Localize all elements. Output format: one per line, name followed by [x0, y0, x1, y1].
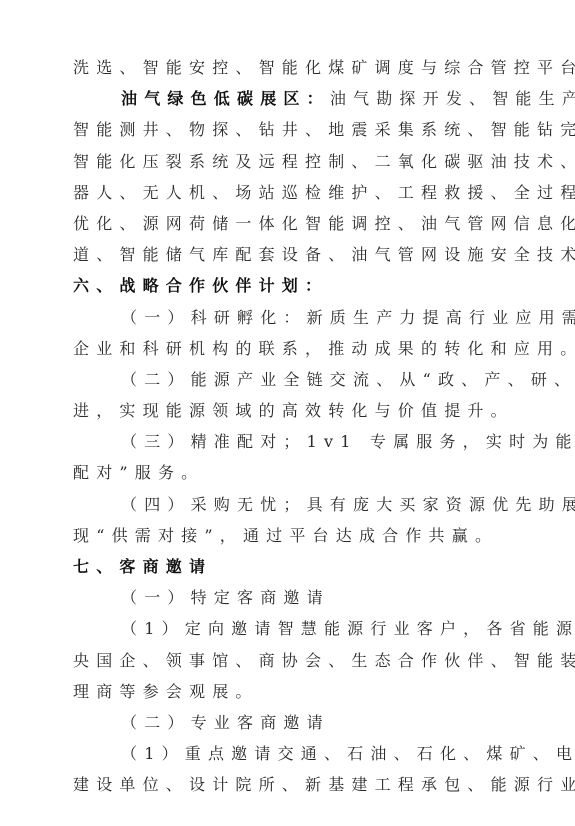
- body-line: 现“供需对接”，通过平台达成合作共赢。: [73, 520, 507, 551]
- section-heading-partnership: 六、战略合作伙伴计划：: [73, 270, 507, 301]
- body-line: 洗选、智能安控、智能化煤矿调度与综合管控平台: [73, 52, 507, 83]
- section-heading-invitation: 七、客商邀请: [73, 551, 507, 582]
- body-line: （1）定向邀请智慧能源行业客户，各省能源产业龙头企业、: [73, 613, 507, 644]
- body-line: 建设单位、设计院所、新基建工程承包、能源行业用户等单位参: [73, 769, 507, 800]
- body-line: 道、智能储气库配套设备、油气管网设施安全技术与装备: [73, 239, 507, 270]
- exhibit-zone-line: 油气绿色低碳展区：油气勘探开发、智能生产技术与装备、: [73, 83, 507, 114]
- body-line: 企业和科研机构的联系，推动成果的转化和应用。: [73, 333, 507, 364]
- body-line: 智能化压裂系统及远程控制、二氧化碳驱油技术、智能钻机、机: [73, 146, 507, 177]
- body-line: 优化、源网荷储一体化智能调控、油气管网信息化改造、智能管: [73, 208, 507, 239]
- body-line: 器人、无人机、场站巡检维护、工程救援、全过程智能联动与自动: [73, 177, 507, 208]
- subheading: （一）特定客商邀请: [73, 582, 507, 613]
- body-line: （三）精准配对；1v1 专属服务，实时为能源行业提供“商贸: [73, 426, 507, 457]
- body-line: 央国企、领事馆、商协会、生态合作伙伴、智能装备制造企业、代: [73, 645, 507, 676]
- zone-text: 油气勘探开发、智能生产技术与装备、: [330, 89, 575, 108]
- body-line: 智能测井、物探、钻井、地震采集系统、智能钻完井、智能注采、: [73, 114, 507, 145]
- body-line: 进，实现能源领域的高效转化与价值提升。: [73, 395, 507, 426]
- body-line: （二）能源产业全链交流、从“政、产、研、学、用”协同共: [73, 364, 507, 395]
- body-line: （一）科研孵化：新质生产力提高行业应用需求，加强参会: [73, 302, 507, 333]
- body-line: 配对”服务。: [73, 457, 507, 488]
- zone-label: 油气绿色低碳展区：: [121, 89, 330, 108]
- body-line: （1）重点邀请交通、石油、石化、煤矿、电建、能建等能源: [73, 738, 507, 769]
- document-page: 洗选、智能安控、智能化煤矿调度与综合管控平台 油气绿色低碳展区：油气勘探开发、智…: [73, 52, 507, 801]
- body-line: （四）采购无忧；具有庞大买家资源优先助展商开拓市场实: [73, 489, 507, 520]
- body-line: 理商等参会观展。: [73, 676, 507, 707]
- subheading: （二）专业客商邀请: [73, 707, 507, 738]
